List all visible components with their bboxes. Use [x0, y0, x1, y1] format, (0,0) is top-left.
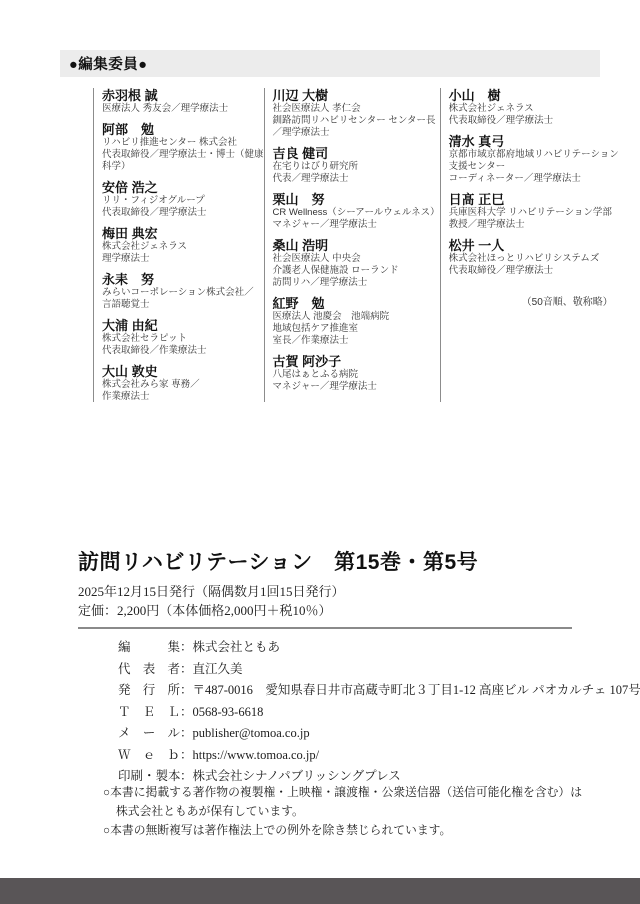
member-affiliation: 八尾はぁとふる病院 [273, 369, 440, 381]
member-name: 清水 真弓 [449, 134, 619, 149]
order-note: （50音順、敬称略） [449, 293, 619, 308]
publisher-row-representative: 代表者：直江久美 [118, 659, 618, 681]
publisher-row-address: 発行所：〒487-0016 愛知県春日井市高蔵寺町北３丁目1-12 高座ビル パ… [118, 680, 618, 702]
publisher-row-web: Ｗｅｂ：https://www.tomoa.co.jp/ [118, 745, 618, 767]
row-label: メール [118, 723, 180, 745]
row-value: publisher@tomoa.co.jp [193, 726, 310, 740]
member-affiliation: 代表取締役／理学療法士・博士（健康 [102, 149, 264, 161]
row-value: https://www.tomoa.co.jp/ [193, 748, 320, 762]
member-entry: 日髙 正巳 兵庫医科大学 リハビリテーション学部 教授／理学療法士 [449, 192, 619, 231]
member-entry: 大浦 由紀 株式会社セラピット 代表取締役／作業療法士 [102, 318, 264, 357]
divider-rule [78, 627, 572, 629]
member-affiliation: 言語聴覚士 [102, 299, 264, 311]
row-value: 0568-93-6618 [193, 705, 264, 719]
member-name: 赤羽根 誠 [102, 88, 264, 103]
member-affiliation: 代表取締役／理学療法士 [449, 115, 619, 127]
member-entry: 赤羽根 誠 医療法人 秀友会／理学療法士 [102, 88, 264, 115]
member-affiliation: 訪問リハ／理学療法士 [273, 277, 440, 289]
member-affiliation: 株式会社セラピット [102, 333, 264, 345]
row-separator: ： [180, 637, 193, 659]
member-entry: 吉良 健司 在宅りはびり研究所 代表／理学療法士 [273, 146, 440, 185]
journal-title: 訪問リハビリテーション 第15巻・第5号 [78, 546, 598, 576]
member-name: 松井 一人 [449, 238, 619, 253]
member-affiliation: 株式会社ジェネラス [449, 103, 619, 115]
member-affiliation: 支援センター [449, 161, 619, 173]
member-name: 大山 敦史 [102, 364, 264, 379]
editorial-header-title: ●編集委員● [60, 53, 148, 74]
member-name: 梅田 典宏 [102, 226, 264, 241]
member-entry: 小山 樹 株式会社ジェネラス 代表取締役／理学療法士 [449, 88, 619, 127]
member-affiliation: 代表取締役／理学療法士 [102, 207, 264, 219]
member-affiliation: 兵庫医科大学 リハビリテーション学部 [449, 207, 619, 219]
member-affiliation: CR Wellness（シーアールウェルネス） [273, 207, 440, 219]
member-entry: 大山 敦史 株式会社みら家 専務／ 作業療法士 [102, 364, 264, 403]
row-separator: ： [180, 702, 193, 724]
member-affiliation: リハビリ推進センター 株式会社 [102, 137, 264, 149]
row-label: 発行所 [118, 680, 180, 702]
member-name: 日髙 正巳 [449, 192, 619, 207]
row-separator: ： [180, 659, 193, 681]
row-label: 編集 [118, 637, 180, 659]
row-value: 直江久美 [193, 662, 243, 676]
editorial-column-2: 川辺 大樹 社会医療法人 孝仁会 釧路訪問リハビリセンター センター長 ／理学療… [264, 88, 440, 402]
publisher-row-email: メール：publisher@tomoa.co.jp [118, 723, 618, 745]
member-affiliation: 地域包括ケア推進室 [273, 323, 440, 335]
publisher-block: 編集：株式会社ともあ 代表者：直江久美 発行所：〒487-0016 愛知県春日井… [118, 637, 618, 788]
member-name: 永耒 努 [102, 272, 264, 287]
member-affiliation: コーディネーター／理学療法士 [449, 173, 619, 185]
member-affiliation: 釧路訪問リハビリセンター センター長 [273, 115, 440, 127]
member-entry: 古賀 阿沙子 八尾はぁとふる病院 マネジャー／理学療法士 [273, 354, 440, 393]
member-affiliation: 社会医療法人 中央会 [273, 253, 440, 265]
issue-block: 訪問リハビリテーション 第15巻・第5号 2025年12月15日発行（隔偶数月1… [78, 546, 598, 620]
member-affiliation: マネジャー／理学療法士 [273, 219, 440, 231]
member-entry: 川辺 大樹 社会医療法人 孝仁会 釧路訪問リハビリセンター センター長 ／理学療… [273, 88, 440, 139]
member-affiliation: 医療法人 池慶会 池端病院 [273, 311, 440, 323]
member-affiliation: 教授／理学療法士 [449, 219, 619, 231]
legal-notes: ○本書に掲載する著作物の複製権・上映権・譲渡権・公衆送信器（送信可能化権を含む）… [103, 783, 603, 840]
row-label: Ｗｅｂ [118, 745, 180, 767]
member-name: 吉良 健司 [273, 146, 440, 161]
publisher-row-editing: 編集：株式会社ともあ [118, 637, 618, 659]
copyright-note-line2: 株式会社ともあが保有しています。 [103, 802, 603, 821]
member-name: 桑山 浩明 [273, 238, 440, 253]
row-label: 代表者 [118, 659, 180, 681]
member-name: 栗山 努 [273, 192, 440, 207]
row-separator: ： [180, 745, 193, 767]
publication-date: 2025年12月15日発行（隔偶数月1回15日発行） [78, 583, 598, 602]
member-name: 小山 樹 [449, 88, 619, 103]
editorial-header-band: ●編集委員● [60, 50, 600, 77]
member-name: 古賀 阿沙子 [273, 354, 440, 369]
publisher-row-tel: ＴＥＬ：0568-93-6618 [118, 702, 618, 724]
row-value: 株式会社ともあ [193, 640, 281, 654]
editorial-columns: 赤羽根 誠 医療法人 秀友会／理学療法士 阿部 勉 リハビリ推進センター 株式会… [93, 88, 600, 402]
member-entry: 安倍 浩之 リリ・フィジオグループ 代表取締役／理学療法士 [102, 180, 264, 219]
member-affiliation: 代表／理学療法士 [273, 173, 440, 185]
member-name: 大浦 由紀 [102, 318, 264, 333]
member-entry: 阿部 勉 リハビリ推進センター 株式会社 代表取締役／理学療法士・博士（健康 科… [102, 122, 264, 173]
member-affiliation: 代表取締役／作業療法士 [102, 345, 264, 357]
member-name: 安倍 浩之 [102, 180, 264, 195]
member-affiliation: 株式会社みら家 専務／ [102, 379, 264, 391]
member-affiliation: 作業療法士 [102, 391, 264, 403]
row-label: ＴＥＬ [118, 702, 180, 724]
member-affiliation: リリ・フィジオグループ [102, 195, 264, 207]
editorial-column-1: 赤羽根 誠 医療法人 秀友会／理学療法士 阿部 勉 リハビリ推進センター 株式会… [93, 88, 264, 402]
member-affiliation: 代表取締役／理学療法士 [449, 265, 619, 277]
member-affiliation: ／理学療法士 [273, 127, 440, 139]
row-value: 〒487-0016 愛知県春日井市高蔵寺町北３丁目1-12 高座ビル パオカルチ… [193, 683, 640, 697]
member-name: 阿部 勉 [102, 122, 264, 137]
row-separator: ： [180, 680, 193, 702]
member-affiliation: みらいコーポレーション株式会社／ [102, 287, 264, 299]
footer-band [0, 878, 640, 904]
member-affiliation: 京都市域京都府地域リハビリテーション [449, 149, 619, 161]
member-name: 川辺 大樹 [273, 88, 440, 103]
member-affiliation: 株式会社ほっとリハビリシステムズ [449, 253, 619, 265]
member-affiliation: 理学療法士 [102, 253, 264, 265]
member-entry: 松井 一人 株式会社ほっとリハビリシステムズ 代表取締役／理学療法士 [449, 238, 619, 277]
editorial-column-3: 小山 樹 株式会社ジェネラス 代表取締役／理学療法士 清水 真弓 京都市域京都府… [440, 88, 619, 402]
member-entry: 永耒 努 みらいコーポレーション株式会社／ 言語聴覚士 [102, 272, 264, 311]
member-affiliation: 介護老人保健施設 ローランド [273, 265, 440, 277]
row-value: 株式会社シナノパブリッシングプレス [193, 769, 401, 783]
member-entry: 桑山 浩明 社会医療法人 中央会 介護老人保健施設 ローランド 訪問リハ／理学療… [273, 238, 440, 289]
member-entry: 紅野 勉 医療法人 池慶会 池端病院 地域包括ケア推進室 室長／作業療法士 [273, 296, 440, 347]
copyright-note-line1: ○本書に掲載する著作物の複製権・上映権・譲渡権・公衆送信器（送信可能化権を含む）… [103, 783, 603, 802]
member-name: 紅野 勉 [273, 296, 440, 311]
member-affiliation: 在宅りはびり研究所 [273, 161, 440, 173]
no-copy-note: ○本書の無断複写は著作権法上での例外を除き禁じられています。 [103, 821, 603, 840]
member-affiliation: マネジャー／理学療法士 [273, 381, 440, 393]
member-affiliation: 株式会社ジェネラス [102, 241, 264, 253]
member-entry: 栗山 努 CR Wellness（シーアールウェルネス） マネジャー／理学療法士 [273, 192, 440, 231]
member-entry: 梅田 典宏 株式会社ジェネラス 理学療法士 [102, 226, 264, 265]
member-affiliation: 医療法人 秀友会／理学療法士 [102, 103, 264, 115]
row-separator: ： [180, 723, 193, 745]
member-affiliation: 科学） [102, 161, 264, 173]
member-affiliation: 社会医療法人 孝仁会 [273, 103, 440, 115]
price-line: 定価：2,200円（本体価格2,000円＋税10％） [78, 602, 598, 621]
member-affiliation: 室長／作業療法士 [273, 335, 440, 347]
member-entry: 清水 真弓 京都市域京都府地域リハビリテーション 支援センター コーディネーター… [449, 134, 619, 185]
